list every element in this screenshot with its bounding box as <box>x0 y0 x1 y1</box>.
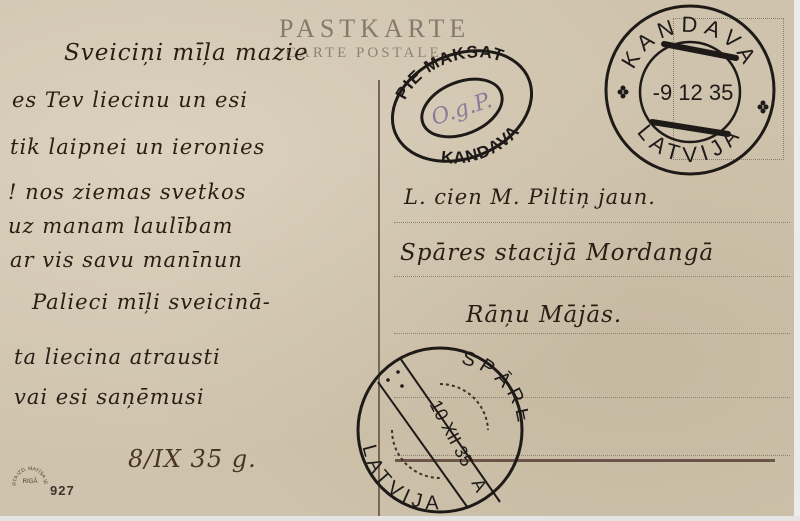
message-line: es Tev liecinu un esi <box>12 88 248 112</box>
spare-date-suffix: A <box>468 475 491 495</box>
message-line: Palieci mīl̦i sveicinā- <box>32 290 271 314</box>
message-line: ! nos ziemas svetkos <box>8 180 246 204</box>
catalog-number: 927 <box>50 483 75 498</box>
message-date: 8/IX 35 g. <box>128 445 257 473</box>
address-line <box>394 333 790 334</box>
postcard: PASTKARTE CARTE POSTALE Sveicin̦i mīl̦a … <box>0 0 795 517</box>
kandava-date: -9 12 35 <box>653 80 734 105</box>
svg-text:SPĀRE: SPĀRE <box>459 347 528 429</box>
message-line: ta liecina atrausti <box>14 345 221 369</box>
message-line: Sveicin̦i mīl̦a mazie <box>64 40 309 66</box>
scan-edge <box>0 516 800 521</box>
message-line: vai esi saņēmusi <box>14 385 205 409</box>
star-icon <box>386 370 404 388</box>
message-line: ar vis savu manīnun <box>10 248 243 272</box>
svg-text:RIGĀ: RIGĀ <box>23 478 38 485</box>
address-recipient: L. cien M. Piltiņ jaun. <box>404 185 656 209</box>
kandava-postmark: KANDAVA LATVIJA -9 12 35 <box>600 0 780 180</box>
address-line <box>394 222 790 223</box>
svg-text:PIE MAKSAT: PIE MAKSAT <box>392 42 507 102</box>
message-line: uz manam laulībam <box>8 214 233 238</box>
publisher-seal: G. KALLERTA IZD. MATĪSA IEL 9 · RIGĀ RIG… <box>10 460 50 500</box>
postage-paid-handstamp: PIE MAKSAT KANDAVA O.g.P. <box>382 38 540 172</box>
address-line <box>394 276 790 277</box>
scan-edge <box>794 0 800 521</box>
svg-text:LATVIJA: LATVIJA <box>358 442 444 514</box>
address-station: Spāres stacijā Mordangā <box>400 240 714 266</box>
spare-postmark: SPĀRE LATVIJA 10 XII 35 A <box>348 342 528 518</box>
message-line: tik laipnei un ieronies <box>10 135 265 159</box>
address-house: Rāņu Mājās. <box>466 302 622 328</box>
